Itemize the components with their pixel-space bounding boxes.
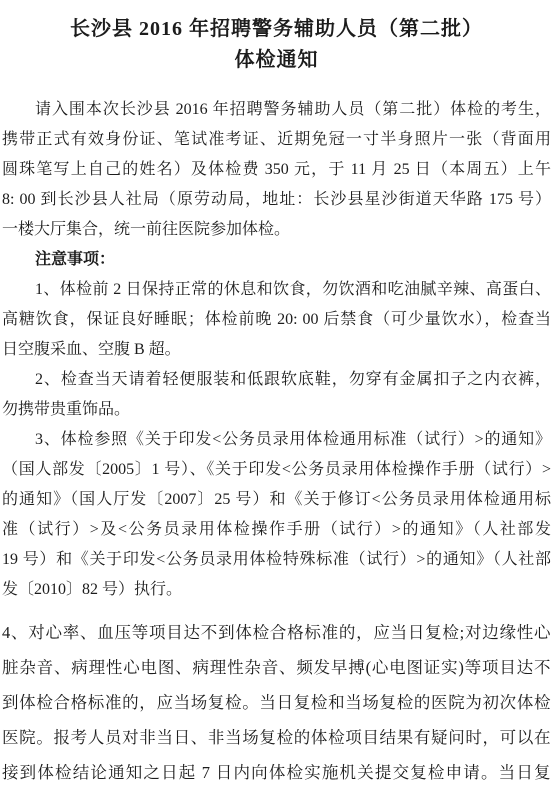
text-line: 3、体检参照《关于印发<公务员录用体检通用标准（试行）>的通知》 bbox=[2, 425, 551, 455]
text-line: 携带正式有效身份证、笔试准考证、近期免冠一寸半身照片一张（背面用 bbox=[2, 125, 551, 155]
document-title-line-1: 长沙县 2016 年招聘警务辅助人员（第二批） bbox=[2, 14, 551, 45]
text-line: 准（试行）>及<公务员录用体检操作手册（试行）>的通知》（人社部发〔2010〕 bbox=[2, 515, 551, 545]
text-line: 8: 00 到长沙县人社局（原劳动局，地址：长沙县星沙街道天华路 175 号） bbox=[2, 185, 551, 215]
text-line: 脏杂音、病理性心电图、病理性杂音、频发早搏(心电图证实)等项目达不 bbox=[2, 650, 551, 685]
text-line: 圆珠笔写上自己的姓名）及体检费 350 元，于 11 月 25 日（本周五）上午 bbox=[2, 155, 551, 185]
text-line: 高糖饮食，保证良好睡眠；体检前晚 20: 00 后禁食（可少量饮水），检查当 bbox=[2, 305, 551, 335]
text-line: 日空腹采血、空腹 B 超。 bbox=[2, 335, 551, 365]
document-title-line-2: 体检通知 bbox=[2, 45, 551, 76]
text-line: 一楼大厅集合，统一前往医院参加体检。 bbox=[2, 215, 551, 245]
text-line: 勿携带贵重饰品。 bbox=[2, 395, 551, 425]
document-title: 长沙县 2016 年招聘警务辅助人员（第二批） 体检通知 bbox=[2, 14, 551, 76]
text-line: 1、体检前 2 日保持正常的休息和饮食，勿饮酒和吃油腻辛辣、高蛋白、 bbox=[2, 275, 551, 305]
text-line: 4、对心率、血压等项目达不到体检合格标准的，应当日复检;对边缘性心 bbox=[2, 615, 551, 650]
text-line: 19 号）和《关于印发<公务员录用体检特殊标准（试行）>的通知》（人社部 bbox=[2, 545, 551, 575]
body-text: 请入围本次长沙县 2016 年招聘警务辅助人员（第二批）体检的考生，携带正式有效… bbox=[2, 95, 551, 605]
text-line: 2、检查当天请着轻便服装和低跟软底鞋，勿穿有金属扣子之内衣裤， bbox=[2, 365, 551, 395]
text-line: 到体检合格标准的，应当场复检。当日复检和当场复检的医院为初次体检 bbox=[2, 685, 551, 720]
text-line: 医院。报考人员对非当日、非当场复检的体检项目结果有疑问时，可以在 bbox=[2, 720, 551, 755]
text-line: 接到体检结论通知之日起 7 日内向体检实施机关提交复检申请。当日复检、 bbox=[2, 755, 551, 790]
text-line: 发〔2010〕82 号）执行。 bbox=[2, 575, 551, 605]
text-line: 的通知》（国人厅发〔2007〕25 号）和《关于修订<公务员录用体检通用标 bbox=[2, 485, 551, 515]
text-line: （国人部发〔2005〕1 号）、《关于印发<公务员录用体检操作手册（试行）> bbox=[2, 455, 551, 485]
notes-heading: 注意事项： bbox=[2, 245, 551, 275]
text-line: 请入围本次长沙县 2016 年招聘警务辅助人员（第二批）体检的考生， bbox=[2, 95, 551, 125]
notice-document: 长沙县 2016 年招聘警务辅助人员（第二批） 体检通知 请入围本次长沙县 20… bbox=[0, 0, 554, 801]
note4-text: 4、对心率、血压等项目达不到体检合格标准的，应当日复检;对边缘性心脏杂音、病理性… bbox=[2, 615, 551, 790]
